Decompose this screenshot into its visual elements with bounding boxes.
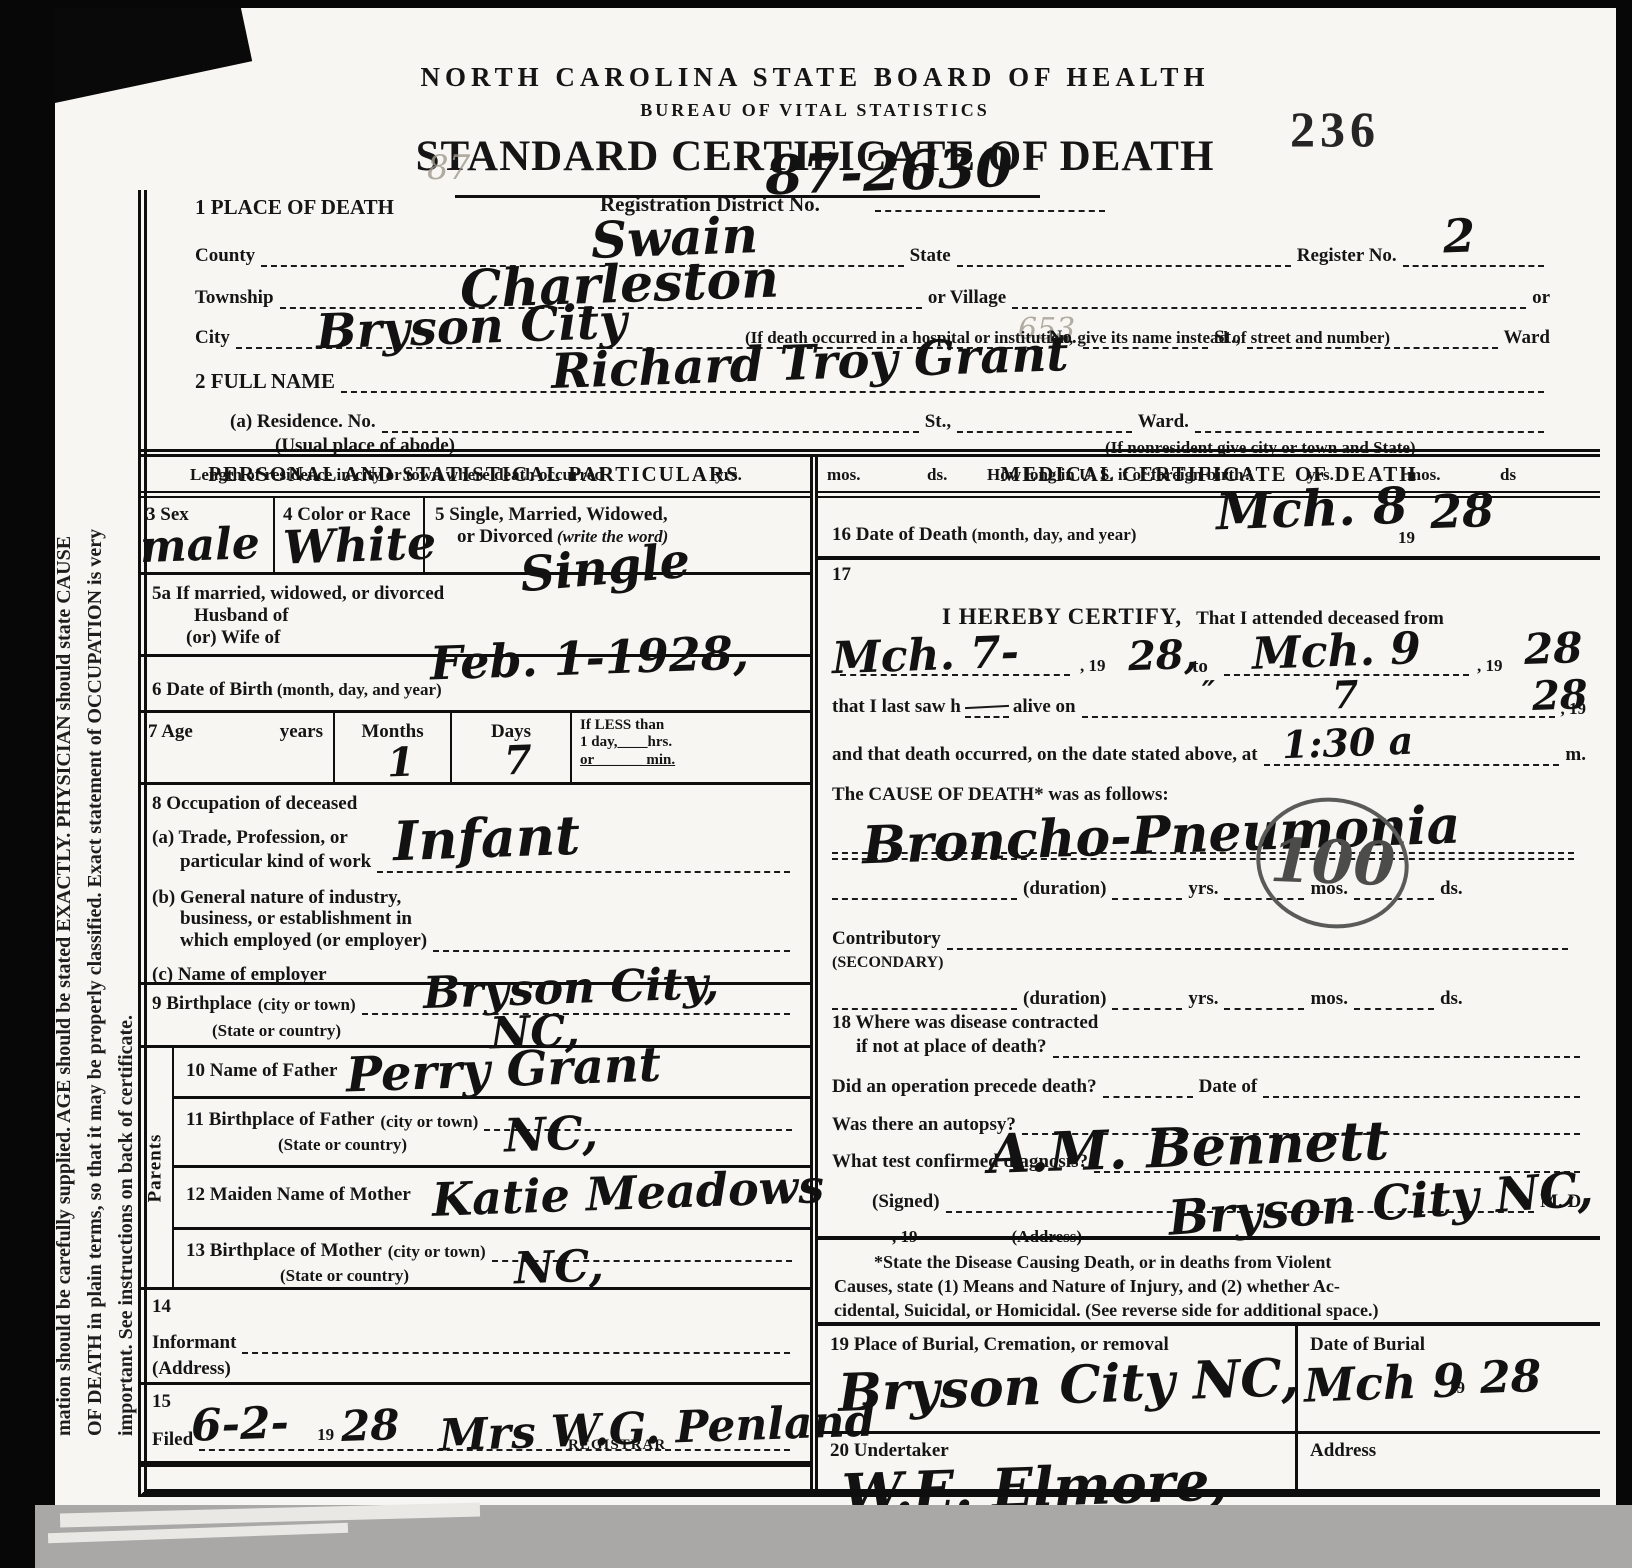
certificate-number: 236 (1290, 100, 1380, 158)
date-of-death-row: 16 Date of Death (month, day, and year) … (818, 498, 1600, 560)
sex-cell: 3 Sex male (138, 498, 275, 572)
age-months-cell: Months 1 (335, 713, 452, 782)
filed-label: Filed (152, 1429, 193, 1451)
last-saw-label: that I last saw h (832, 696, 961, 718)
last-saw-line: that I last saw h alive on ″ 7 , 19 28 (832, 696, 1586, 718)
attended-from-value: Mch. 7- (831, 631, 1019, 681)
birthplace-row: 9 Birthplace (city or town) (State or co… (138, 985, 810, 1048)
dod-value: Mch. 8 (1215, 481, 1408, 538)
margin-line-2: OF DEATH in plain terms, so that it may … (80, 96, 111, 1436)
register-no-value: 2 (1442, 212, 1476, 259)
burial-date-cell: Date of Burial Mch 9 19 28 (1295, 1326, 1600, 1431)
father-birthplace-label: 11 Birthplace of Father (186, 1109, 374, 1131)
mother-name-row: 12 Maiden Name of Mother Katie Meadows (174, 1168, 810, 1229)
contributory-label: Contributory (832, 928, 941, 950)
occupation-row: 8 Occupation of deceased (a) Trade, Prof… (138, 785, 810, 985)
undertaker-address-cell: Address (1295, 1434, 1600, 1497)
disease-contracted-block: 18 Where was disease contracted if not a… (818, 1008, 1600, 1236)
personal-header: PERSONAL AND STATISTICAL PARTICULARS (138, 457, 810, 498)
operation-label: Did an operation precede death? (832, 1076, 1097, 1098)
state-line (957, 259, 1291, 267)
filed-row: 15 Filed 6-2- 19 28 Mrs W.G. Penland REG… (138, 1385, 810, 1467)
death-occurred-line: and that death occurred, on the date sta… (832, 744, 1586, 766)
father-birthplace-value: NC, (503, 1110, 598, 1159)
sex-race-marital-row: 3 Sex male 4 Color or Race White 5 Singl… (138, 498, 810, 575)
contributory-dots (947, 942, 1568, 950)
q18-line1: 18 Where was disease contracted (832, 1012, 1586, 1034)
death-m-label: m. (1565, 744, 1586, 766)
contributory-line: Contributory (832, 928, 1574, 950)
dob-row: 6 Date of Birth (month, day, and year) F… (138, 657, 810, 713)
duration2-label: (duration) (1023, 988, 1106, 1010)
father-label: 10 Name of Father (186, 1060, 337, 1081)
q18-line2: if not at place of death? (856, 1036, 1047, 1058)
double-rule (138, 449, 1600, 457)
board-title: NORTH CAROLINA STATE BOARD OF HEALTH (115, 62, 1515, 93)
signed-label: (Signed) (872, 1191, 940, 1213)
footnote-block: *State the Disease Causing Death, or in … (818, 1236, 1600, 1326)
certify-block: 17 I HEREBY CERTIFY, That I attended dec… (818, 560, 1600, 1008)
mother-birthplace-row: 13 Birthplace of Mother (city or town) (… (174, 1230, 810, 1287)
dod-note: (month, day, and year) (972, 525, 1137, 544)
certificate-page: mation should be carefully supplied. AGE… (55, 0, 1616, 1505)
duration1-label: (duration) (1023, 878, 1106, 900)
informant-number: 14 (152, 1296, 796, 1318)
marital-label-1: 5 Single, Married, Widowed, (435, 504, 800, 526)
age-less-cell: If LESS than 1 day,____hrs. or ______ mi… (572, 713, 810, 782)
personal-header-text: PERSONAL AND STATISTICAL PARTICULARS (208, 462, 740, 487)
last-saw-struck-dashes (965, 710, 1009, 718)
burial-year-value: 28 (1479, 1355, 1542, 1401)
burial-date-value: Mch 9 (1303, 1357, 1465, 1409)
burial-place-cell: 19 Place of Burial, Cremation, or remova… (818, 1326, 1295, 1431)
dod-year-value: 28 (1429, 487, 1495, 535)
secondary-label: (SECONDARY) (832, 954, 943, 972)
age-less-line2: 1 day,____hrs. (580, 734, 802, 751)
filed-19-printed: 19 (317, 1425, 334, 1445)
age-row: 7 Age years Months 1 Days 7 If LESS than… (138, 713, 810, 785)
residence-line (382, 425, 919, 433)
scan-top-edge (0, 0, 1632, 8)
sex-value: male (139, 522, 260, 570)
duration2-mos: mos. (1310, 988, 1347, 1010)
age-days-value: 7 (503, 741, 532, 782)
duration1-ds: ds. (1440, 878, 1463, 900)
married-husband-label: Husband of (194, 605, 796, 627)
attended-to-year-value: 28 (1523, 627, 1583, 671)
occupation-b-line2: business, or establishment in (180, 908, 796, 930)
age-cell: 7 Age years (138, 713, 335, 782)
burial-date-label: Date of Burial (1310, 1334, 1425, 1355)
last-saw-day: 7 (1331, 676, 1359, 715)
age-months-value: 1 (386, 743, 415, 784)
last-saw-dots: ″ 7 (1082, 710, 1555, 718)
mother-birthplace-value: NC, (513, 1244, 604, 1291)
death-occurred-label: and that death occurred, on the date sta… (832, 744, 1258, 766)
village-line (1012, 301, 1526, 309)
parents-label-text: Parents (144, 1133, 166, 1202)
race-value: White (282, 519, 437, 570)
duration1-dots-a (832, 892, 1017, 900)
age-label: 7 Age (148, 721, 193, 774)
father-birthplace-note: (city or town) (380, 1112, 478, 1132)
stamp-value: 100 (1269, 831, 1396, 895)
occupation-b-line1: (b) General nature of industry, (152, 887, 796, 909)
dob-label: 6 Date of Birth (152, 679, 273, 700)
burial-value: Bryson City NC, (837, 1352, 1300, 1420)
mother-label: 12 Maiden Name of Mother (186, 1184, 411, 1205)
death-time-value: 1:30 a (1281, 722, 1413, 765)
parents-side-label: Parents (138, 1048, 174, 1287)
informant-row: 14 Informant (Address) (138, 1290, 810, 1385)
undertaker-value: W.E. Elmore, (841, 1453, 1229, 1505)
filed-year-value: 28 (340, 1404, 400, 1448)
full-name-label: 2 FULL NAME (195, 369, 335, 393)
birthplace-label: 9 Birthplace (152, 993, 252, 1015)
residence-label: (a) Residence. No. (230, 411, 376, 433)
village-label: or Village (928, 287, 1006, 309)
occupation-b-line3: which employed (or employer) (180, 930, 427, 952)
personal-column: PERSONAL AND STATISTICAL PARTICULARS 3 S… (138, 457, 810, 1497)
undertaker-cell: 20 Undertaker W.E. Elmore, (818, 1434, 1295, 1497)
dod-label: 16 Date of Death (832, 524, 968, 545)
age-less-line1: If LESS than (580, 717, 802, 734)
occupation-a-value: Infant (392, 808, 581, 868)
state-label: State (910, 245, 951, 267)
burial-row: 19 Place of Burial, Cremation, or remova… (818, 1326, 1600, 1434)
footnote-line1: *State the Disease Causing Death, or in … (874, 1250, 1584, 1274)
race-cell: 4 Color or Race White (275, 498, 425, 572)
death-time-dots: 1:30 a (1264, 758, 1560, 766)
residence-st-line (957, 425, 1132, 433)
father-name-row: 10 Name of Father Perry Grant (174, 1048, 810, 1099)
place-of-death-section: 1 PLACE OF DEATH (195, 195, 394, 219)
margin-instructions: mation should be carefully supplied. AGE… (55, 96, 145, 1436)
footnote-line2: Causes, state (1) Means and Nature of In… (834, 1274, 1584, 1298)
burial-label: 19 Place of Burial, Cremation, or remova… (830, 1334, 1169, 1355)
mother-birthplace-label: 13 Birthplace of Mother (186, 1240, 382, 1262)
age-years-label: years (280, 721, 323, 774)
undertaker-address-label: Address (1310, 1440, 1376, 1461)
duration-line-2: (duration) yrs. mos. ds. (832, 988, 1574, 1010)
filed-date-value: 6-2- (190, 1401, 289, 1448)
father-birthplace-row: 11 Birthplace of Father (city or town) (… (174, 1099, 810, 1168)
attended-to-value: Mch. 9 (1251, 627, 1421, 677)
last-saw-ditto: ″ (1201, 678, 1215, 708)
register-no-line: 2 (1403, 259, 1544, 267)
married-label: 5a If married, widowed, or divorced (152, 583, 796, 605)
physician-signature: A.M. Bennett (987, 1113, 1389, 1181)
father-value: Perry Grant (345, 1041, 661, 1100)
certify-bold: I HEREBY CERTIFY, (942, 604, 1182, 629)
attended-from-year: 28, (1127, 635, 1198, 677)
duration2-ds: ds. (1440, 988, 1463, 1010)
age-less-line3: or ______ min. (580, 752, 802, 769)
age-days-cell: Days 7 (452, 713, 572, 782)
duration1-yrs: yrs. (1188, 878, 1218, 900)
marital-label-2: or Divorced (457, 526, 553, 547)
occupation-a-line2: particular kind of work (180, 851, 371, 873)
attended-to-19: , 19 (1477, 656, 1503, 676)
occupation-b-line (433, 944, 790, 952)
county-label: County (195, 245, 255, 267)
full-name-line: Richard Troy Grant (341, 385, 1544, 393)
dateof-dots (1263, 1090, 1580, 1098)
attended-from-19: , 19 (1080, 656, 1106, 676)
township-label: Township (195, 287, 274, 309)
footnote-line3: cidental, Suicidal, or Homicidal. (See r… (834, 1298, 1584, 1322)
informant-address-label: (Address) (152, 1358, 796, 1380)
register-no-label: Register No. (1297, 245, 1397, 267)
informant-line (242, 1346, 790, 1354)
parents-box: Parents 10 Name of Father Perry Grant 11… (138, 1048, 810, 1290)
last-saw-label2: alive on (1013, 696, 1076, 718)
undertaker-row: 20 Undertaker W.E. Elmore, Address (818, 1434, 1600, 1497)
registration-district-value: 87-2630 (764, 140, 1014, 203)
margin-line-1: mation should be carefully supplied. AGE… (55, 96, 80, 1436)
medical-column: MEDICAL CERTIFICATE OF DEATH 16 Date of … (810, 457, 1600, 1497)
operation-dots (1103, 1090, 1193, 1098)
duration1-dots-b (1112, 892, 1182, 900)
informant-label: Informant (152, 1332, 236, 1354)
dob-note: (month, day, and year) (277, 680, 442, 699)
filed-line: 6-2- 19 28 Mrs W.G. Penland (199, 1443, 790, 1451)
last-saw-year: 28 (1531, 675, 1588, 717)
mother-value: Katie Meadows (431, 1164, 824, 1224)
residence-st-label: St., (925, 411, 951, 433)
marital-value: Single (518, 537, 692, 600)
residence-ward-line (1195, 425, 1544, 433)
city-label: City (195, 327, 230, 349)
q18-dots (1053, 1050, 1580, 1058)
dateof-label: Date of (1199, 1076, 1258, 1098)
village-or-label: or (1532, 287, 1550, 309)
duration2-yrs: yrs. (1188, 988, 1218, 1010)
birthplace-note: (city or town) (258, 995, 356, 1015)
marital-cell: 5 Single, Married, Widowed, or Divorced … (425, 498, 810, 572)
residence-ward-label: Ward. (1138, 411, 1189, 433)
dob-value: Feb. 1-1928, (429, 629, 749, 686)
item-17: 17 (832, 564, 1586, 586)
cause-value-line: Broncho-Pneumonia (832, 806, 1586, 864)
mother-birthplace-note: (city or town) (388, 1242, 486, 1262)
duration-line-1: (duration) yrs. mos. ds. (832, 878, 1574, 900)
ward-label: Ward (1504, 327, 1550, 349)
